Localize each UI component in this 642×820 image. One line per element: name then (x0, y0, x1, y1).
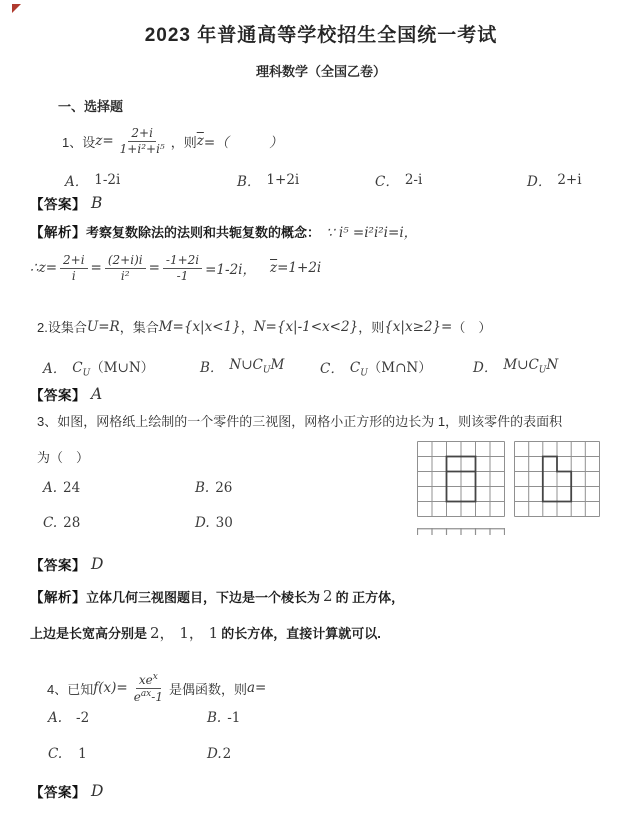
q4-option-c-label: C. (48, 746, 62, 762)
q1-analysis-because: ∵ i⁵ =i²i²i=i， (326, 221, 417, 241)
q1-z-conjugate: z (197, 133, 204, 149)
q2-text-1: 2.设集合 (37, 317, 87, 336)
q2-option-a-post: （M∪N） (90, 360, 154, 376)
q3-option-a: A. 24 (43, 480, 80, 496)
q3-analysis-label: 【解析】 (30, 586, 86, 606)
q1-sol-frac3: -1+2i -1 (163, 253, 202, 284)
q3-answer-row: 【答案】 D (30, 554, 103, 574)
q4-den-tail: -1 (151, 690, 163, 704)
q2-math-4: {x|x≥2}= (384, 319, 452, 335)
q1-sol-frac3-num: -1+2i (163, 253, 202, 269)
q1-sol-frac1-num: 2+i (60, 253, 88, 269)
q1-option-c: C． 2-i (375, 170, 422, 190)
q2-option-b: B． N∪CUM (200, 356, 284, 376)
q4-num-sup: x (153, 672, 158, 682)
q2-answer-label: 【答案】 (30, 384, 86, 404)
q2-math-2: M={x|x<1} (159, 319, 241, 335)
question-1-stem: 1、设 z = 2+i 1+i²+i⁵ ，则 z =（ ） (62, 120, 283, 162)
document-page: 2023 年普通高等学校招生全国统一考试 理科数学（全国乙卷） 一、选择题 1、… (0, 0, 642, 820)
q1-option-c-text: 2-i (405, 172, 422, 188)
page-subtitle: 理科数学（全国乙卷） (0, 61, 642, 80)
q4-num-base: xe (139, 673, 153, 687)
q3-option-b-label: B. (195, 480, 209, 496)
q2-blank-parens: （ ） (452, 317, 491, 336)
q2-text-3: ， (241, 317, 254, 336)
q3-option-c-text: 28 (63, 515, 80, 531)
q3-option-b: B. 26 (195, 480, 232, 496)
q4-option-d-text: 2 (223, 746, 232, 762)
q1-sol-therefore: ∴z= (30, 260, 57, 276)
q4-fraction: xex eax-1 (131, 672, 166, 705)
q1-sol-result: =1-2i， (205, 258, 256, 278)
q1-option-b-text: 1+2i (266, 172, 299, 188)
q3-option-d: D. 30 (195, 515, 233, 531)
front-view-grid (417, 441, 505, 517)
q4-answer-value: D (91, 782, 103, 800)
question-3-stem-line2: 为（ ） (37, 447, 89, 466)
q4-var-a: a= (247, 680, 266, 696)
question-4-stem: 4、已知 f(x)= xex eax-1 是偶函数，则 a= (47, 666, 266, 710)
q1-fraction: 2+i 1+i²+i⁵ (117, 126, 168, 157)
q1-option-d-label: D． (527, 170, 551, 190)
q3-option-a-text: 24 (63, 480, 80, 496)
q2-option-c-post: （M∩N） (368, 360, 432, 376)
q1-sol-eq-a: = (91, 260, 102, 276)
q1-option-a-text: 1-2i (94, 172, 120, 188)
q1-mid-text: ，则 (171, 132, 197, 151)
section-heading: 一、选择题 (58, 96, 123, 115)
q2-option-b-label: B． (200, 356, 223, 376)
q1-option-b-label: B． (237, 170, 260, 190)
q2-text-4: ，则 (358, 317, 384, 336)
q1-option-c-label: C． (375, 170, 399, 190)
q3-analysis-text-3: 上边是长宽高分别是 (30, 623, 147, 642)
red-corner-marker (12, 4, 21, 13)
q1-sol-frac2: (2+i)i i² (105, 253, 146, 284)
q4-answer-row: 【答案】 D (30, 781, 103, 801)
q1-fraction-denominator: 1+i²+i⁵ (117, 142, 168, 157)
q1-analysis-label: 【解析】 (30, 221, 86, 241)
q2-math-1: U=R (87, 319, 120, 335)
q2-math-3: N={x|-1<x<2} (254, 319, 358, 335)
page-title: 2023 年普通高等学校招生全国统一考试 (0, 20, 642, 47)
q3-option-c: C. 28 (43, 515, 80, 531)
q4-option-b-text: -1 (227, 710, 240, 726)
q1-option-d: D． 2+i (527, 170, 582, 190)
q1-sol-frac1: 2+i i (60, 253, 88, 284)
q4-fraction-numerator: xex (136, 672, 161, 689)
q3-analysis-text-1: 立体几何三视图题目，下边是一个棱长为 (86, 587, 320, 606)
q2-option-a: A． CU（M∪N） (43, 356, 154, 379)
q4-fraction-denominator: eax-1 (131, 689, 166, 705)
q4-mid-text: 是偶函数，则 (169, 679, 247, 698)
q4-option-a-text: -2 (76, 710, 89, 726)
q2-option-c: C． CU（M∩N） (320, 356, 432, 379)
q4-den-base: e (134, 690, 141, 704)
q2-option-c-label: C． (320, 357, 344, 377)
q1-var-z: z (95, 133, 102, 149)
q2-option-d-pre: M∪C (503, 357, 538, 373)
q2-option-d: D． M∪CUN (473, 356, 558, 376)
q2-option-d-label: D． (473, 356, 497, 376)
q3-text-line1: 3、如图，网格纸上绘制的一个零件的三视图，网格小正方形的边长为 1，则该零件的表… (37, 411, 562, 430)
q4-option-a: A. -2 (48, 710, 89, 726)
q2-answer-row: 【答案】 A (30, 384, 102, 404)
q3-answer-label: 【答案】 (30, 554, 86, 574)
q3-analysis-line2: 上边是长宽高分别是 2， 1， 1 的长方体，直接计算就可以. (30, 622, 381, 643)
q4-function-notation: f(x)= (93, 680, 127, 696)
q3-analysis-line1: 【解析】 立体几何三视图题目，下边是一个棱长为 2 的 正方体， (30, 586, 404, 606)
q1-option-a: A． 1-2i (65, 170, 120, 190)
q4-option-c: C. 1 (48, 746, 87, 762)
q3-option-a-label: A. (43, 480, 57, 496)
q3-text-line2: 为（ ） (37, 447, 89, 466)
q4-prefix: 4、已知 (47, 679, 93, 698)
q2-option-a-label: A． (43, 357, 66, 377)
q1-blank-parens: =（ ） (204, 131, 283, 151)
q1-sol-zbar: z (270, 260, 277, 276)
q2-text-2: ，集合 (120, 317, 159, 336)
q2-option-b-post: M (270, 357, 284, 373)
q4-option-b: B. -1 (207, 710, 240, 726)
q4-option-b-label: B. (207, 710, 221, 726)
q2-option-d-post: N (546, 357, 558, 373)
q1-answer-row: 【答案】 B (30, 193, 102, 213)
q3-option-d-label: D. (195, 515, 210, 531)
q1-solution-row: ∴z= 2+i i = (2+i)i i² = -1+2i -1 =1-2i， … (30, 246, 321, 290)
q1-analysis-text: 考察复数除法的法则和共轭复数的概念： (86, 222, 320, 241)
q1-sol-frac2-num: (2+i)i (105, 253, 146, 269)
top-view-grid-cropped (417, 528, 505, 535)
q3-analysis-text-4: 的长方体，直接计算就可以. (221, 623, 381, 642)
q3-option-d-text: 30 (216, 515, 233, 531)
q1-sol-eq-b: = (149, 260, 160, 276)
q1-fraction-numerator: 2+i (128, 126, 156, 142)
q2-option-a-pre: C (72, 360, 82, 376)
q4-option-a-label: A. (48, 710, 62, 726)
q3-option-c-label: C. (43, 515, 57, 531)
q1-answer-value: B (91, 194, 102, 212)
q3-option-b-text: 26 (215, 480, 232, 496)
q4-den-sup: ax (141, 689, 151, 699)
q1-sol-frac1-den: i (69, 269, 79, 284)
q1-option-a-label: A． (65, 170, 88, 190)
q3-answer-value: D (91, 555, 103, 573)
q1-sol-frac3-den: -1 (174, 269, 192, 284)
q1-sol-zbar-value: =1+2i (277, 260, 321, 276)
q1-option-b: B． 1+2i (237, 170, 299, 190)
q3-analysis-number-1: 2 (323, 587, 333, 605)
q2-option-c-sub: U (360, 369, 368, 379)
q1-sol-frac2-den: i² (118, 269, 133, 284)
q3-analysis-number-2: 2， 1， 1 (150, 622, 218, 643)
q2-answer-value: A (91, 385, 102, 403)
q4-option-d: D. 2 (207, 746, 231, 762)
q4-option-d-label: D. (207, 746, 222, 762)
q4-answer-label: 【答案】 (30, 781, 86, 801)
q1-equals: = (102, 133, 113, 149)
q1-prefix: 1、设 (62, 132, 95, 151)
q2-option-b-pre: N∪C (229, 357, 262, 373)
q1-answer-label: 【答案】 (30, 193, 86, 213)
q1-analysis-row: 【解析】 考察复数除法的法则和共轭复数的概念： ∵ i⁵ =i²i²i=i， (30, 221, 417, 241)
q4-option-c-text: 1 (78, 746, 87, 762)
q2-option-c-pre: C (350, 360, 360, 376)
question-3-stem-line1: 3、如图，网格纸上绘制的一个零件的三视图，网格小正方形的边长为 1，则该零件的表… (37, 411, 562, 430)
question-2-stem: 2.设集合 U=R ，集合 M={x|x<1} ， N={x|-1<x<2} ，… (37, 317, 491, 336)
q3-analysis-text-2: 的 正方体， (336, 587, 405, 606)
side-view-grid (514, 441, 600, 517)
q1-option-d-text: 2+i (557, 172, 581, 188)
